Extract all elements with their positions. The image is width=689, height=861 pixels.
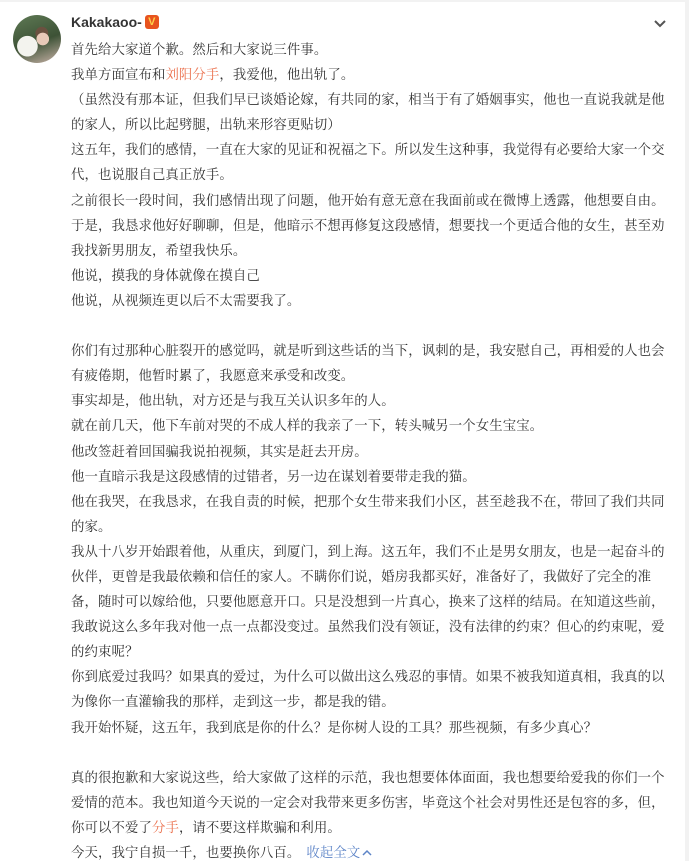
paragraph: 他说，从视频连更以后不太需要我了。 (71, 289, 673, 314)
paragraph: 他在我哭，在我恳求，在我自责的时候，把那个女生带来我们小区，甚至趁我不在，带回了… (71, 490, 673, 540)
text: 我单方面宣布和 (71, 68, 165, 83)
paragraph: 你们有过那种心脏裂开的感觉吗，就是听到这些话的当下，讽刺的是，我安慰自己，再相爱… (71, 339, 673, 389)
collapse-label[interactable]: 收起全文 (306, 846, 360, 861)
verified-badge-icon: V (145, 15, 159, 29)
collapse-full-text-link[interactable]: 收起全文 (306, 846, 372, 861)
paragraph: 我单方面宣布和刘阳分手，我爱他，他出轨了。 (71, 63, 673, 88)
text: ，请不要这样欺骗和利用。 (179, 821, 341, 836)
paragraph: 真的很抱歉和大家说这些，给大家做了这样的示范，我也想要体体面面，我也想要给爱我的… (71, 766, 673, 841)
post-author[interactable]: Kakakaoo- V (71, 12, 159, 32)
topic-link[interactable]: 刘阳分手 (165, 68, 219, 83)
paragraph: 就在前几天，他下车前对哭的不成人样的我亲了一下，转头喊另一个女生宝宝。 (71, 414, 673, 439)
blank-line (71, 741, 673, 766)
paragraph: 我开始怀疑，这五年，我到底是你的什么？是你树人设的工具？那些视频，有多少真心？ (71, 716, 673, 741)
paragraph: （虽然没有那本证，但我们早已谈婚论嫁，有共同的家，相当于有了婚姻事实，他也一直说… (71, 88, 673, 138)
paragraph: 你到底爱过我吗？如果真的爱过，为什么可以做出这么残忍的事情。如果不被我知道真相，… (71, 665, 673, 715)
paragraph: 事实却是，他出轨，对方还是与我互关认识多年的人。 (71, 389, 673, 414)
blank-line (71, 314, 673, 339)
paragraph: 首先给大家道个歉。然后和大家说三件事。 (71, 38, 673, 63)
paragraph: 他改签赶着回国骗我说拍视频，其实是赶去开房。 (71, 440, 673, 465)
paragraph: 之前很长一段时间，我们感情出现了问题，他开始有意无意在我面前或在微博上透露，他想… (71, 189, 673, 264)
paragraph: 他一直暗示我是这段感情的过错者，另一边在谋划着要带走我的猫。 (71, 465, 673, 490)
paragraph: 我从十八岁开始跟着他，从重庆，到厦门，到上海。这五年，我们不止是男女朋友，也是一… (71, 540, 673, 665)
text: ，我爱他，他出轨了。 (219, 68, 354, 83)
post-body: 首先给大家道个歉。然后和大家说三件事。 我单方面宣布和刘阳分手，我爱他，他出轨了… (71, 38, 673, 861)
scrollbar-track[interactable] (685, 0, 689, 861)
author-name[interactable]: Kakakaoo- (71, 12, 142, 32)
paragraph: 这五年，我们的感情，一直在大家的见证和祝福之下。所以发生这种事，我觉得有必要给大… (71, 138, 673, 188)
paragraph: 今天，我宁自损一千，也要换你八百。收起全文 (71, 841, 673, 861)
chevron-up-icon[interactable] (362, 849, 372, 857)
paragraph: 他说，摸我的身体就像在摸自己 (71, 264, 673, 289)
topic-link[interactable]: 分手 (152, 821, 179, 836)
chevron-down-icon[interactable] (652, 18, 668, 30)
avatar[interactable] (13, 15, 61, 63)
text: 今天，我宁自损一千，也要换你八百。 (71, 846, 300, 861)
top-divider (0, 0, 689, 2)
